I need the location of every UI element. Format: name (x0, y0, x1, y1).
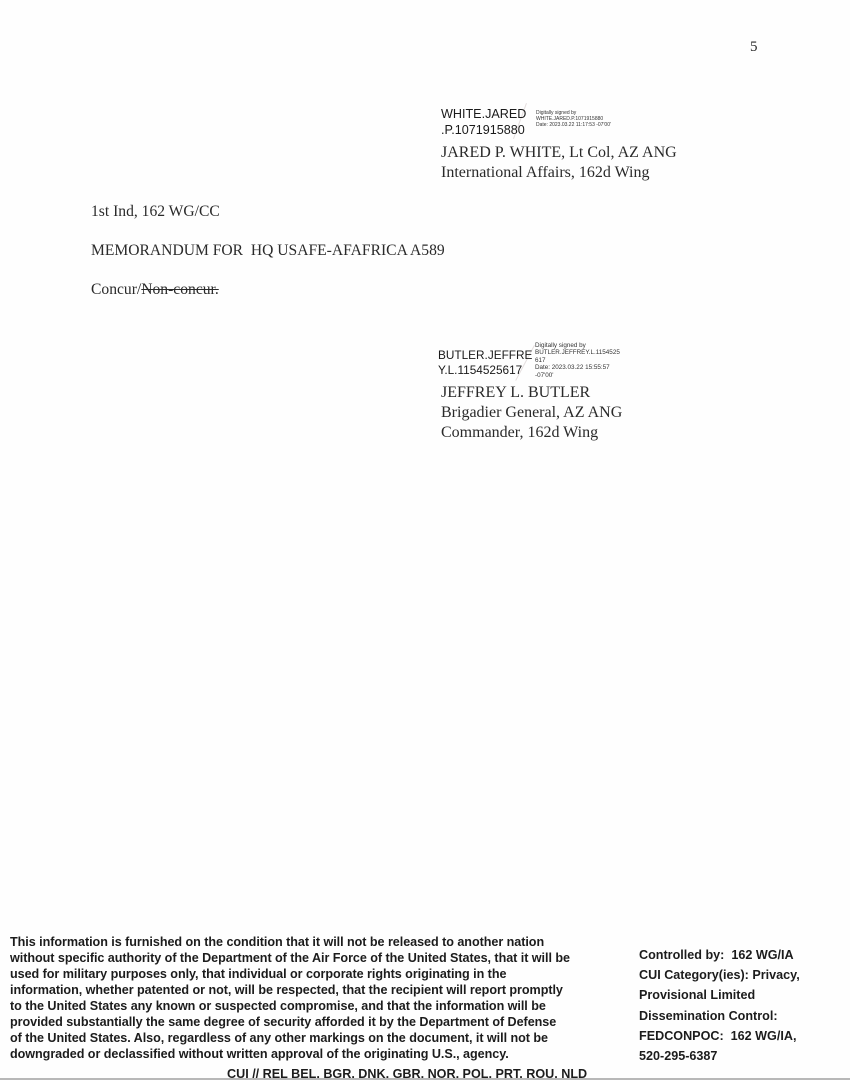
signature-certificate-name: WHITE.JARED .P.1071915880 (441, 107, 526, 138)
cui-controlled-by: Controlled by: 162 WG/IA (639, 945, 844, 965)
signature-details: Digitally signed by BUTLER.JEFFREY.L.115… (535, 342, 620, 379)
signer-position: Commander, 162d Wing (441, 423, 622, 443)
non-concur-label-struck: Non-concur. (141, 281, 219, 298)
signature-detail-line: Date: 2023.03.22 15:55:57 (535, 364, 610, 371)
release-statement-line: This information is furnished on the con… (10, 934, 638, 950)
release-statement-line: provided substantially the same degree o… (10, 1014, 638, 1030)
release-statement-line: information, whether patented or not, wi… (10, 982, 638, 998)
digital-signature-white[interactable]: WHITE.JARED .P.1071915880 Digitally sign… (441, 107, 641, 139)
release-statement-line: downgraded or declassified without writt… (10, 1046, 638, 1062)
signature-name-line-2: .P.1071915880 (441, 123, 525, 137)
cui-poc: FEDCONPOC: 162 WG/IA, (639, 1026, 844, 1046)
signature-name-line-2: Y.L.1154525617 (438, 363, 522, 377)
signature-detail-line: Digitally signed by (535, 342, 586, 349)
release-statement-line: of the United States. Also, regardless o… (10, 1030, 638, 1046)
cui-designation-block: Controlled by: 162 WG/IA CUI Category(ie… (639, 945, 844, 1066)
page-bottom-edge (0, 1078, 850, 1090)
signature-detail-line: WHITE.JARED.P.1071915880 (536, 116, 603, 122)
release-statement-line: to the United States any known or suspec… (10, 998, 638, 1014)
signature-detail-line: Digitally signed by (536, 110, 576, 116)
memorandum-for-line: MEMORANDUM FOR HQ USAFE-AFAFRICA A589 (91, 242, 445, 260)
signature-name-line-1: WHITE.JARED (441, 107, 526, 121)
signature-certificate-name: BUTLER.JEFFRE Y.L.1154525617 (438, 348, 532, 378)
signer-name-title: JARED P. WHITE, Lt Col, AZ ANG (441, 143, 677, 163)
cui-category-cont: Provisional Limited (639, 985, 844, 1005)
page-number: 5 (750, 39, 758, 56)
signer-block-white: JARED P. WHITE, Lt Col, AZ ANG Internati… (441, 143, 677, 183)
signature-detail-line: BUTLER.JEFFREY.L.1154525 (535, 349, 620, 356)
signature-name-line-1: BUTLER.JEFFRE (438, 348, 532, 362)
signer-block-butler: JEFFREY L. BUTLER Brigadier General, AZ … (441, 383, 622, 443)
concur-label: Concur/ (91, 281, 141, 298)
indorsement-line: 1st Ind, 162 WG/CC (91, 203, 220, 221)
cui-category: CUI Category(ies): Privacy, (639, 965, 844, 985)
release-statement-line: without specific authority of the Depart… (10, 950, 638, 966)
foreign-release-statement: This information is furnished on the con… (10, 934, 638, 1062)
signature-detail-line: 617 (535, 357, 546, 364)
document-page: 5 WHITE.JARED .P.1071915880 Digitally si… (0, 0, 850, 1078)
signer-name: JEFFREY L. BUTLER (441, 383, 622, 403)
cui-phone: 520-295-6387 (639, 1046, 844, 1066)
digital-signature-butler[interactable]: BUTLER.JEFFRE Y.L.1154525617 Digitally s… (438, 341, 648, 385)
concur-line: Concur/Non-concur. (91, 281, 219, 299)
signature-detail-line: -07'00' (535, 372, 554, 379)
signature-detail-line: Date: 2023.03.22 11:17:53 -07'00' (536, 122, 611, 128)
cui-dissemination-control: Dissemination Control: (639, 1006, 844, 1026)
signer-office: International Affairs, 162d Wing (441, 163, 677, 183)
signer-rank: Brigadier General, AZ ANG (441, 403, 622, 423)
signature-details: Digitally signed by WHITE.JARED.P.107191… (536, 110, 611, 129)
release-statement-line: used for military purposes only, that in… (10, 966, 638, 982)
